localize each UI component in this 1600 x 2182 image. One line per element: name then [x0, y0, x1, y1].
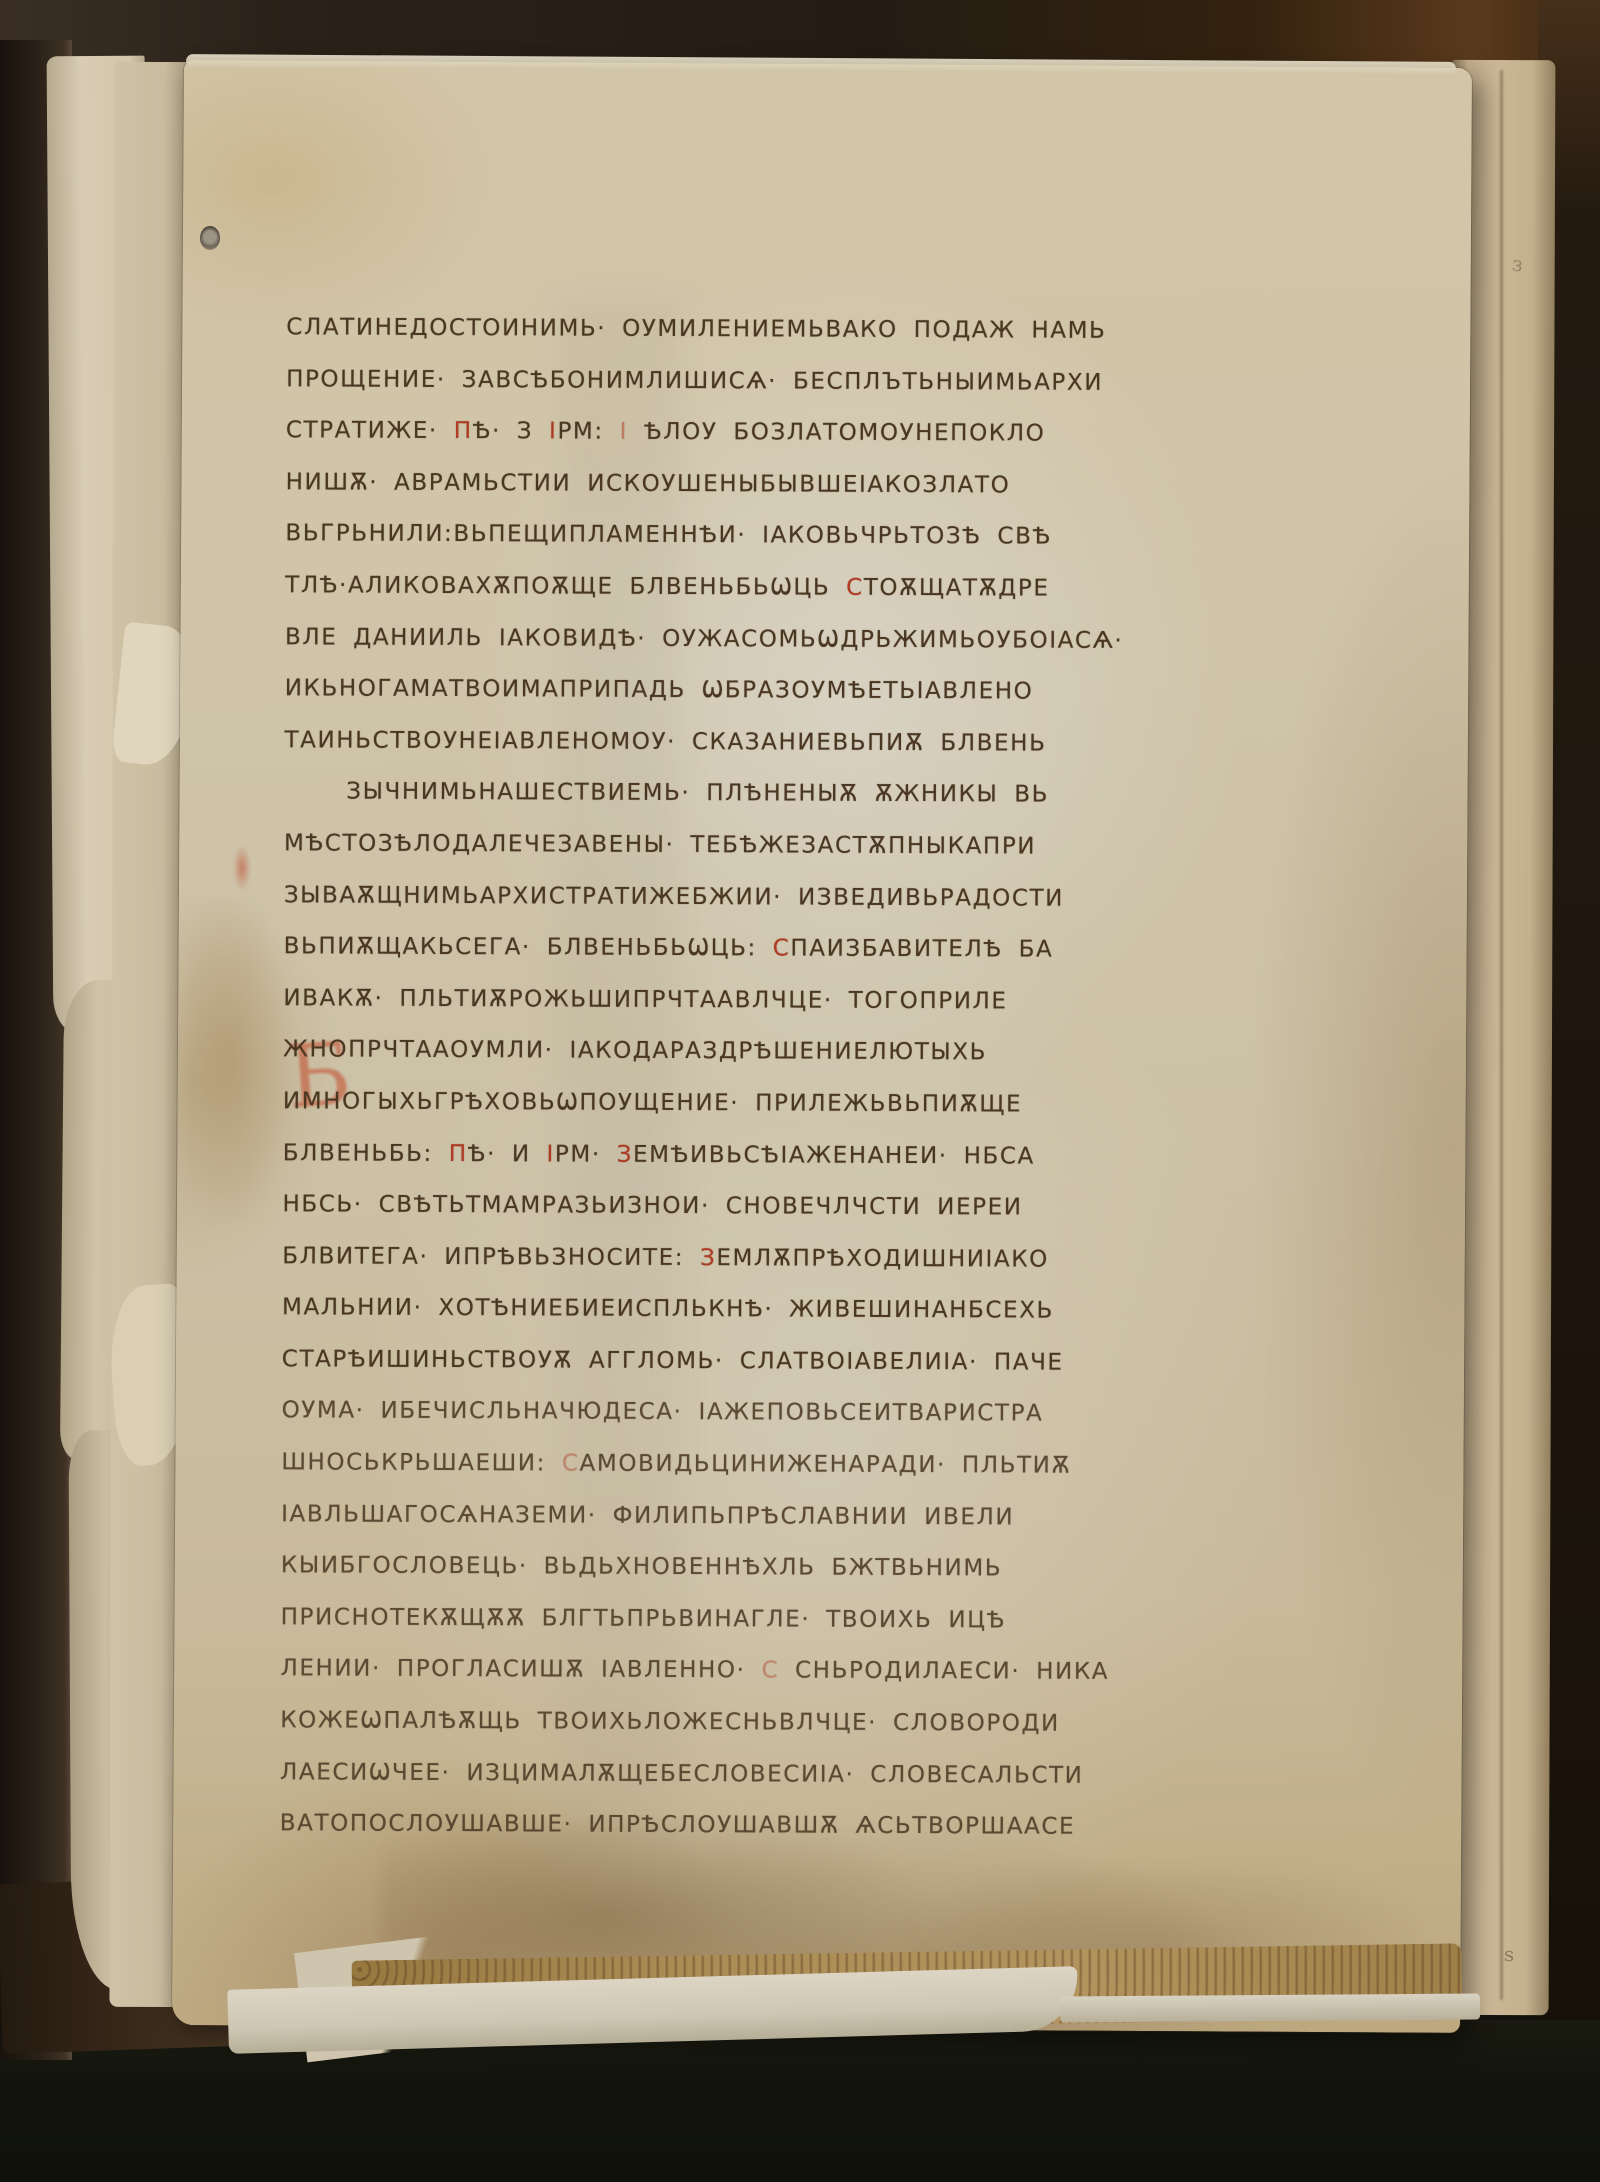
- text-segment: ѢЛОУ БОЗЛАТОМОУНЕПОКЛО: [644, 419, 1045, 447]
- rubric-segment: С: [761, 1658, 795, 1684]
- text-segment: ЛАЕСИѠЧЕЕ· ИЗЦИМАЛѪЩЕБЕСЛОВЕСИІА· СЛОВЕС…: [280, 1759, 1084, 1789]
- text-segment: БЛВЕНЬБЬ:: [283, 1140, 449, 1167]
- text-segment: КОЖЕѠПАЛѢѪЩЬ ТВОИХЬЛОЖЕСНЬВЛЧЦЕ· СЛОВОРО…: [280, 1707, 1060, 1736]
- manuscript-line: ЗЫВАѪЩНИМЬАРХИСТРАТИЖЕБЖИИ· ИЗВЕДИВЬРАДО…: [284, 882, 1074, 937]
- text-segment: ІАВЛЬШАГОСѦНАЗЕМИ· ФИЛИПЬПРѢСЛАВНИИ ИВЕЛ…: [281, 1501, 1014, 1530]
- text-segment: БЛВИТЕГА· ИПРѢВЬЗНОСИТЕ:: [282, 1243, 700, 1271]
- text-segment: ШНОСЬКРЬШАЕШИ:: [281, 1449, 562, 1476]
- text-segment: НИШѪ· АВРАМЬСТИИ ИСКОУШЕНЫБЫВШЕІАКОЗЛАТО: [286, 469, 1011, 498]
- manuscript-line: ЛЕНИИ· ПРОГЛАСИШѪ ІАВЛЕННО· С СНЬРОДИЛАЕ…: [280, 1656, 1070, 1711]
- rubric-segment: С: [846, 575, 864, 601]
- text-segment: ТЛѢ·АЛИКОВАХѪПОѪЩЕ БЛВЕНЬБЬѠЦЬ: [285, 572, 846, 600]
- rubric-segment: П: [449, 1141, 468, 1167]
- manuscript-line: ПРОЩЕНИЕ· ЗАВСѢБОНИМЛИШИСѦ· БЕСПЛЪТЬНЫИМ…: [286, 366, 1076, 421]
- manuscript-line: ТЛѢ·АЛИКОВАХѪПОѪЩЕ БЛВЕНЬБЬѠЦЬ СТОѪЩАТѪД…: [285, 572, 1075, 627]
- text-segment: СНЬРОДИЛАЕСИ· НИКА: [795, 1658, 1109, 1685]
- corner-pen-mark: ѕ: [1504, 1942, 1514, 1966]
- manuscript-line: ШНОСЬКРЬШАЕШИ: САМОВИДЬЦИНИЖЕНАРАДИ· ПЛЬ…: [281, 1449, 1071, 1504]
- manuscript-line: СЛАТИНЕДОСТОИНИМЬ· ОУМИЛЕНИЕМЬВАКО ПОДАЖ…: [286, 314, 1076, 369]
- manuscript-line: ВЬГРЬНИЛИ:ВЬПЕЩИПЛАМЕННѢИ· ІАКОВЬЧРЬТОЗѢ…: [285, 521, 1075, 576]
- manuscript-line: МАЛЬНИИ· ХОТѢНИЕБИЕИСПЛЬКНѢ· ЖИВЕШИНАНБС…: [282, 1295, 1072, 1350]
- next-leaf-crease: [1500, 70, 1503, 2000]
- rubric-segment: З: [617, 1141, 633, 1167]
- manuscript-line: НИШѪ· АВРАМЬСТИИ ИСКОУШЕНЫБЫВШЕІАКОЗЛАТО: [285, 469, 1075, 524]
- text-segment: ИМНОГЫХЬГРѢХОВЬѠПОУЩЕНИЕ· ПРИЛЕЖЬВЬПИѪЩЕ: [283, 1088, 1022, 1117]
- manuscript-line: СТАРѢИШИНЬСТВОУѪ АГГЛОМЬ· СЛАТВОІАВЕЛИІА…: [282, 1346, 1072, 1401]
- text-segment: МАЛЬНИИ· ХОТѢНИЕБИЕИСПЛЬКНѢ· ЖИВЕШИНАНБС…: [282, 1295, 1054, 1324]
- text-segment: Ѣ· И: [468, 1141, 547, 1167]
- manuscript-line: ИМНОГЫХЬГРѢХОВЬѠПОУЩЕНИЕ· ПРИЛЕЖЬВЬПИѪЩЕ: [283, 1088, 1073, 1143]
- text-segment: ЛЕНИИ· ПРОГЛАСИШѪ ІАВЛЕННО·: [280, 1656, 761, 1684]
- text-segment: ЕМЛѪПРѢХОДИШНИІАКО: [716, 1245, 1049, 1272]
- manuscript-line: МѢСТОЗѢЛОДАЛЕЧЕЗАВЕНЫ· ТЕБѢЖЕЗАСТѪПНЫКАП…: [284, 830, 1074, 885]
- rubric-segment: І: [549, 419, 558, 445]
- text-segment: ВАТОПОСЛОУШАВШЕ· ИПРѢСЛОУШАВШѪ ѦСЬТВОРША…: [280, 1810, 1076, 1839]
- manuscript-line: ПРИСНОТЕКѪЩѪѪ БЛГТЬПРЬВИНАГЛЕ· ТВОИХЬ ИЦ…: [281, 1604, 1071, 1659]
- text-segment: ЕМѢИВЬСѢІАЖЕНАНЕИ· НБСА: [633, 1141, 1035, 1169]
- text-segment: СЛАТИНЕДОСТОИНИМЬ· ОУМИЛЕНИЕМЬВАКО ПОДАЖ…: [286, 314, 1106, 344]
- text-segment: ТАИНЬСТВОУНЕІАВЛЕНОМОУ· СКАЗАНИЕВЬПИѪ БЛ…: [284, 727, 1046, 756]
- red-ink-smudge: [233, 845, 251, 891]
- manuscript-line: ИВАКѪ· ПЛЬТИѪРОЖЬШИПРЧТААВЛЧЦЕ· ТОГОПРИЛ…: [283, 985, 1073, 1040]
- manuscript-line: ЗЫЧНИМЬНАШЕСТВИЕМЬ· ПЛѢНЕНЫѪ ѪЖНИКЫ ВЬ: [284, 779, 1074, 834]
- manuscript-line: ВЬПИѪЩАКЬСЕГА· БЛВЕНЬБЬѠЦЬ: СПАИЗБАВИТЕЛ…: [283, 933, 1073, 988]
- text-segment: КЫИБГОСЛОВЕЦЬ· ВЬДЬХНОВЕННѢХЛЬ БЖТВЬНИМЬ: [281, 1553, 1002, 1582]
- text-segment: Ѣ· З: [473, 418, 550, 444]
- text-segment: ПРИСНОТЕКѪЩѪѪ БЛГТЬПРЬВИНАГЛЕ· ТВОИХЬ ИЦ…: [281, 1604, 1006, 1633]
- text-segment: ЗЫЧНИМЬНАШЕСТВИЕМЬ· ПЛѢНЕНЫѪ ѪЖНИКЫ ВЬ: [346, 779, 1049, 808]
- rubric-segment: І: [620, 419, 644, 445]
- text-segment: РМ·: [555, 1141, 617, 1167]
- manuscript-line: ИКЬНОГАМАТВОИМАПРИПАДЬ ѠБРАЗОУМѢЕТЬІАВЛЕ…: [285, 675, 1075, 730]
- text-segment: ПРОЩЕНИЕ· ЗАВСѢБОНИМЛИШИСѦ· БЕСПЛЪТЬНЫИМ…: [286, 366, 1103, 396]
- manuscript-line: БЛВИТЕГА· ИПРѢВЬЗНОСИТЕ: ЗЕМЛѪПРѢХОДИШНИ…: [282, 1243, 1072, 1298]
- parchment-stain: [185, 900, 295, 1220]
- text-segment: ИВАКѪ· ПЛЬТИѪРОЖЬШИПРЧТААВЛЧЦЕ· ТОГОПРИЛ…: [283, 985, 1007, 1014]
- rubric-segment: З: [700, 1245, 716, 1271]
- parchment-hole: [200, 226, 220, 250]
- manuscript-line: СТРАТИЖЕ· ПѢ· З ІРМ: І ѢЛОУ БОЗЛАТОМОУНЕ…: [286, 417, 1076, 472]
- text-block: СЛАТИНЕДОСТОИНИМЬ· ОУМИЛЕНИЕМЬВАКО ПОДАЖ…: [280, 314, 1077, 1865]
- manuscript-photo: з ѕ Б СЛАТИНЕДОСТОИНИМЬ· ОУМИЛЕНИЕМЬВАКО…: [0, 0, 1600, 2182]
- manuscript-line: БЛВЕНЬБЬ: ПѢ· И ІРМ· ЗЕМѢИВЬСѢІАЖЕНАНЕИ·…: [283, 1140, 1073, 1195]
- manuscript-line: КЫИБГОСЛОВЕЦЬ· ВЬДЬХНОВЕННѢХЛЬ БЖТВЬНИМЬ: [281, 1553, 1071, 1608]
- rubric-segment: С: [562, 1451, 580, 1477]
- text-segment: ИКЬНОГАМАТВОИМАПРИПАДЬ ѠБРАЗОУМѢЕТЬІАВЛЕ…: [285, 675, 1034, 704]
- text-segment: АМОВИДЬЦИНИЖЕНАРАДИ· ПЛЬТИѪ: [580, 1451, 1072, 1479]
- manuscript-line: ОУМА· ИБЕЧИСЛЬНАЧЮДЕСА· ІАЖЕПОВЬСЕИТВАРИ…: [281, 1398, 1071, 1453]
- manuscript-line: ВАТОПОСЛОУШАВШЕ· ИПРѢСЛОУШАВШѪ ѦСЬТВОРША…: [280, 1810, 1070, 1865]
- manuscript-line: ТАИНЬСТВОУНЕІАВЛЕНОМОУ· СКАЗАНИЕВЬПИѪ БЛ…: [284, 727, 1074, 782]
- manuscript-line: КОЖЕѠПАЛѢѪЩЬ ТВОИХЬЛОЖЕСНЬВЛЧЦЕ· СЛОВОРО…: [280, 1707, 1070, 1762]
- text-segment: НБСЬ· СВѢТЬТМАМРАЗЬИЗНОИ· СНОВЕЧЛЧСТИ ИЕ…: [282, 1191, 1022, 1220]
- text-segment: РМ:: [557, 419, 619, 445]
- text-segment: СТРАТИЖЕ·: [286, 417, 454, 444]
- text-segment: СТАРѢИШИНЬСТВОУѪ АГГЛОМЬ· СЛАТВОІАВЕЛИІА…: [282, 1346, 1064, 1375]
- rubric-segment: П: [454, 418, 473, 444]
- text-segment: ЗЫВАѪЩНИМЬАРХИСТРАТИЖЕБЖИИ· ИЗВЕДИВЬРАДО…: [284, 882, 1064, 911]
- manuscript-line: НБСЬ· СВѢТЬТМАМРАЗЬИЗНОИ· СНОВЕЧЛЧСТИ ИЕ…: [282, 1191, 1072, 1246]
- text-segment: МѢСТОЗѢЛОДАЛЕЧЕЗАВЕНЫ· ТЕБѢЖЕЗАСТѪПНЫКАП…: [284, 830, 1036, 859]
- text-segment: ОУМА· ИБЕЧИСЛЬНАЧЮДЕСА· ІАЖЕПОВЬСЕИТВАРИ…: [282, 1398, 1044, 1427]
- manuscript-line: ЖНОПРЧТААОУМЛИ· ІАКОДАРАЗДРѢШЕНИЕЛЮТЫХЬ: [283, 1037, 1073, 1092]
- rubric-segment: С: [773, 936, 791, 962]
- text-segment: ВЬГРЬНИЛИ:ВЬПЕЩИПЛАМЕННѢИ· ІАКОВЬЧРЬТОЗѢ…: [285, 521, 1051, 550]
- under-page-edge: [1060, 1994, 1480, 2023]
- manuscript-line: ІАВЛЬШАГОСѦНАЗЕМИ· ФИЛИПЬПРѢСЛАВНИИ ИВЕЛ…: [281, 1501, 1071, 1556]
- text-segment: ТОѪЩАТѪДРЕ: [864, 575, 1050, 602]
- text-segment: ЖНОПРЧТААОУМЛИ· ІАКОДАРАЗДРѢШЕНИЕЛЮТЫХЬ: [283, 1037, 987, 1066]
- text-segment: ПАИЗБАВИТЕЛѢ БА: [790, 936, 1053, 963]
- text-segment: ВЬПИѪЩАКЬСЕГА· БЛВЕНЬБЬѠЦЬ:: [284, 933, 773, 961]
- text-segment: ВЛЕ ДАНИИЛЬ ІАКОВИДѢ· ОУЖАСОМЬѠДРЬЖИМЬОУ…: [285, 624, 1123, 654]
- manuscript-line: ВЛЕ ДАНИИЛЬ ІАКОВИДѢ· ОУЖАСОМЬѠДРЬЖИМЬОУ…: [285, 624, 1075, 679]
- manuscript-line: ЛАЕСИѠЧЕЕ· ИЗЦИМАЛѪЩЕБЕСЛОВЕСИІА· СЛОВЕС…: [280, 1759, 1070, 1814]
